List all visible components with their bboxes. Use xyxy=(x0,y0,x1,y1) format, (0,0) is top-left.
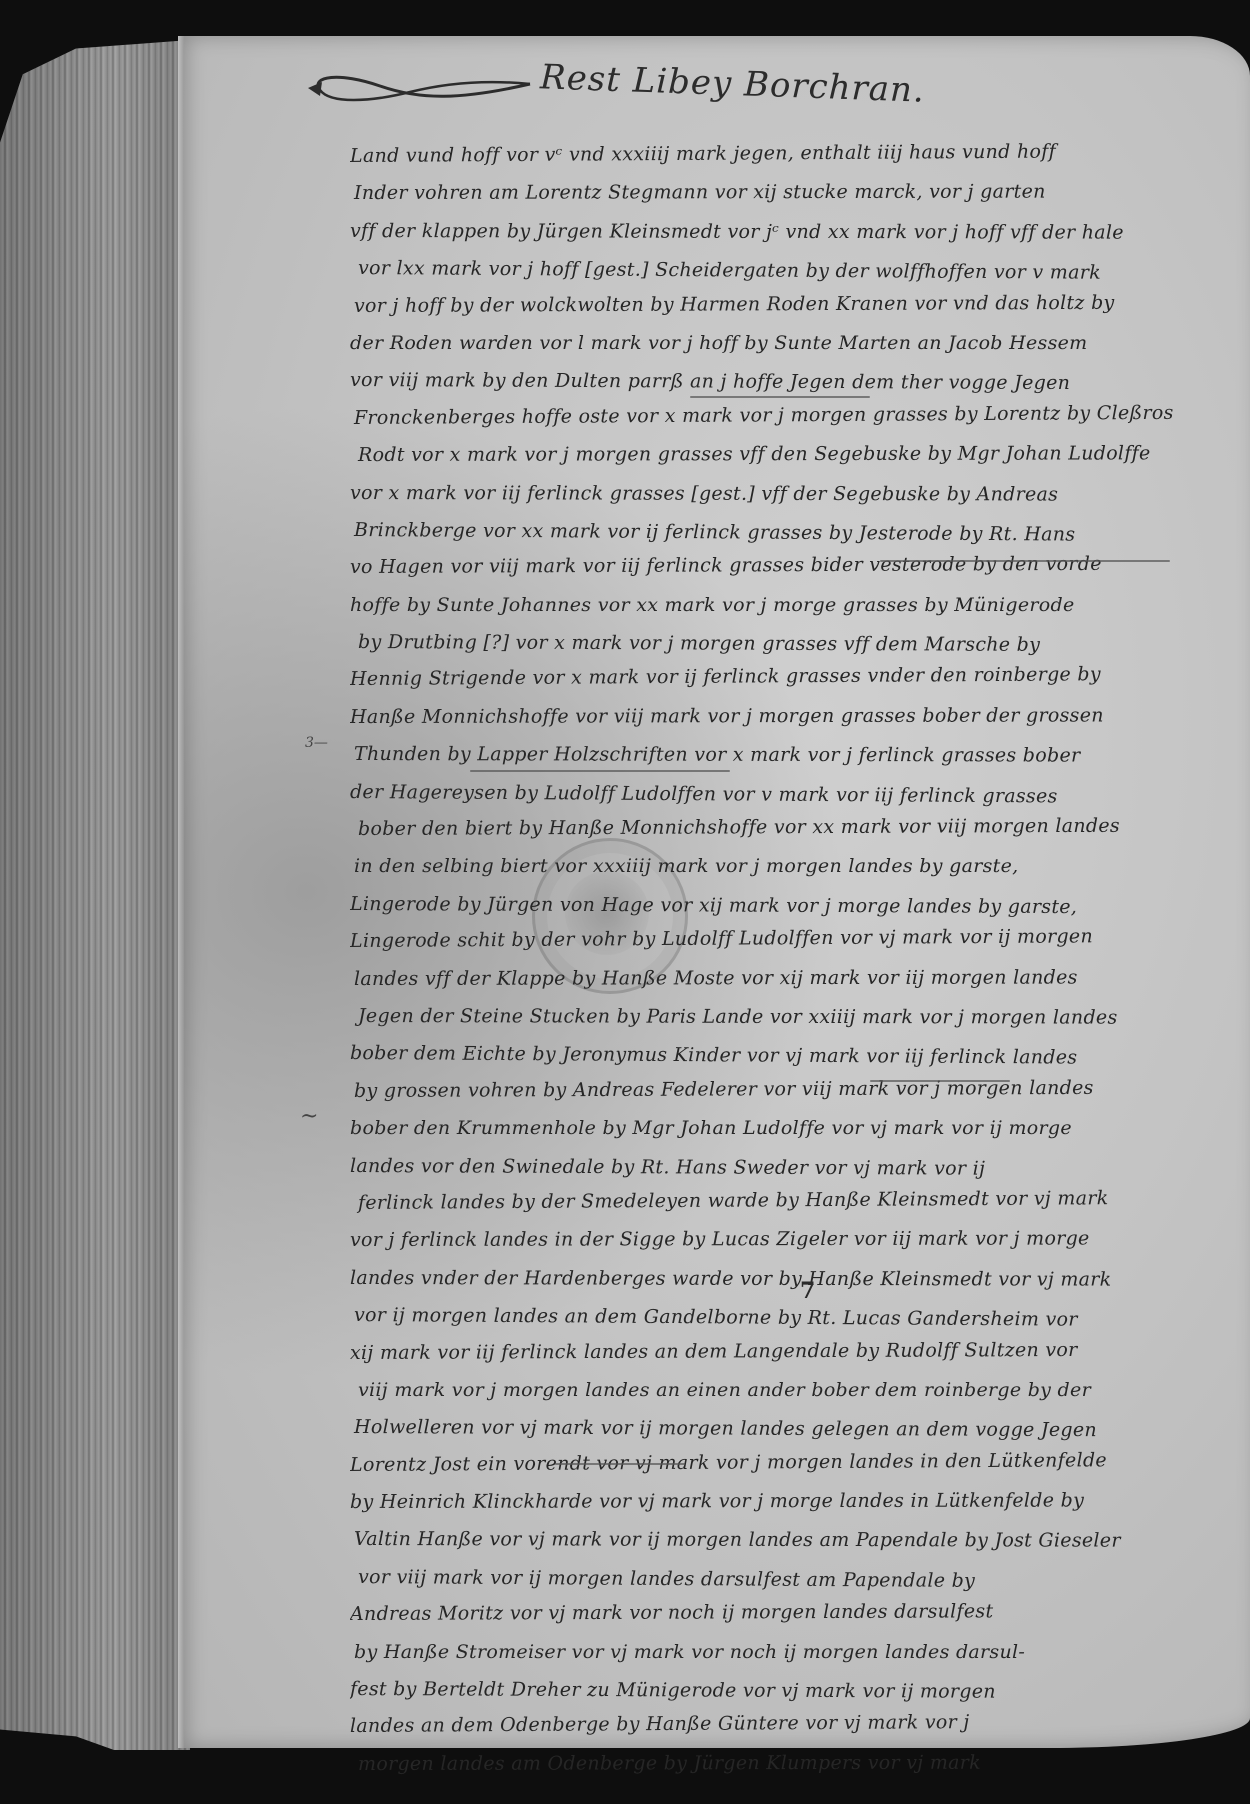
manuscript-line: by grossen vohren by Andreas Fedelerer v… xyxy=(350,1069,1200,1110)
ink-underline xyxy=(690,396,870,398)
flourish-icon xyxy=(300,66,540,116)
manuscript-line: vff der klappen by Jürgen Kleinsmedt vor… xyxy=(350,213,1200,252)
manuscript-line: vo Hagen vor viij mark vor iij ferlinck … xyxy=(350,546,1200,587)
manuscript-line: Hennig Strigende vor x mark vor ij ferli… xyxy=(350,656,1200,699)
margin-note: ~ xyxy=(300,1104,318,1129)
manuscript-line: vor x mark vor iij ferlinck grasses [ges… xyxy=(350,475,1200,514)
manuscript-line: ferlinck landes by der Smedeleyen warde … xyxy=(350,1180,1200,1223)
manuscript-line: bober den Krummenhole by Mgr Johan Ludol… xyxy=(350,1110,1200,1147)
manuscript-line: bober den biert by Hanße Monnichshoffe v… xyxy=(350,807,1200,848)
ink-underline xyxy=(880,560,1170,562)
ink-underline xyxy=(555,1463,685,1465)
manuscript-line: vor j hoff by der wolckwolten by Harmen … xyxy=(350,284,1200,325)
margin-note: 3— xyxy=(305,735,328,751)
manuscript-line: landes vnder der Hardenberges warde vor … xyxy=(350,1260,1200,1299)
manuscript-line: Valtin Hanße vor vj mark vor ij morgen l… xyxy=(350,1521,1200,1560)
manuscript-line: viij mark vor j morgen landes an einen a… xyxy=(350,1372,1200,1409)
manuscript-line: Lingerode schit by der vohr by Ludolff L… xyxy=(350,918,1200,961)
manuscript-text: Land vund hoff vor vᶜ vnd xxxiiij mark j… xyxy=(350,138,1200,1783)
page-stack-edges xyxy=(0,40,190,1750)
manuscript-line: Land vund hoff vor vᶜ vnd xxxiiij mark j… xyxy=(350,133,1200,176)
manuscript-line: Andreas Moritz vor vj mark vor noch ij m… xyxy=(350,1593,1200,1634)
ink-underline xyxy=(470,770,730,772)
manuscript-line: Hanße Monnichshoffe vor viij mark vor j … xyxy=(350,697,1200,736)
manuscript-line: by Hanße Stromeiser vor vj mark vor noch… xyxy=(350,1634,1200,1671)
manuscript-line: Inder vohren am Lorentz Stegmann vor xij… xyxy=(350,174,1200,213)
manuscript-line: landes vff der Klappe by Hanße Moste vor… xyxy=(350,959,1200,998)
manuscript-line: vor j ferlinck landes in der Sigge by Lu… xyxy=(350,1221,1200,1260)
manuscript-line: Lorentz Jost ein vorendt vor vj mark vor… xyxy=(350,1441,1200,1484)
manuscript-line: in den selbing biert vor xxxiiij mark vo… xyxy=(350,848,1200,885)
manuscript-line: Jegen der Steine Stucken by Paris Lande … xyxy=(350,998,1200,1037)
manuscript-line: hoffe by Sunte Johannes vor xx mark vor … xyxy=(350,587,1200,624)
manuscript-line: xij mark vor iij ferlinck landes an dem … xyxy=(350,1331,1200,1372)
page-title: Rest Libey Borchran. xyxy=(539,57,925,110)
manuscript-line: Rodt vor x mark vor j morgen grasses vff… xyxy=(350,435,1200,474)
manuscript-line: landes an dem Odenberge by Hanße Güntere… xyxy=(350,1703,1200,1746)
manuscript-line: morgen landes am Odenberge by Jürgen Klu… xyxy=(350,1744,1200,1783)
manuscript-line: by Heinrich Klinckharde vor vj mark vor … xyxy=(350,1482,1200,1521)
page-mark: 7 xyxy=(800,1278,815,1304)
ink-underline xyxy=(870,1080,1010,1082)
page-header: Rest Libey Borchran. xyxy=(340,58,1040,128)
manuscript-line: Fronckenberges hoffe oste vor x mark vor… xyxy=(350,394,1200,437)
page-gutter-edge xyxy=(178,36,184,1748)
manuscript-line: der Roden warden vor l mark vor j hoff b… xyxy=(350,325,1200,362)
manuscript-photo: Rest Libey Borchran. Land vund hoff vor … xyxy=(0,0,1250,1804)
